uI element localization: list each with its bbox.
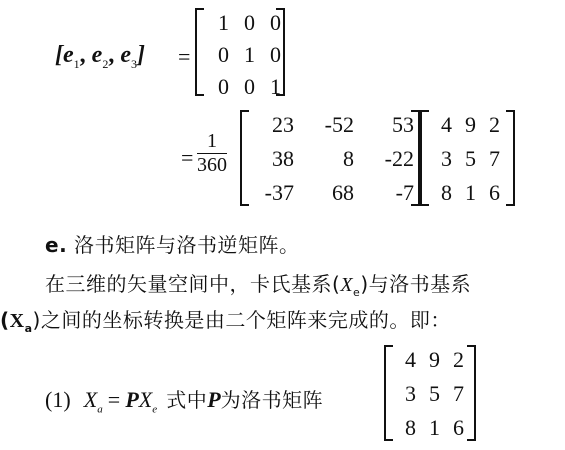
sub-e: e xyxy=(152,403,157,415)
text: 为洛书矩阵 xyxy=(221,388,324,412)
left-bracket-icon xyxy=(240,110,249,206)
matrix-cell: 7 xyxy=(444,381,464,407)
lo-shu-matrix: 492357816 xyxy=(420,110,515,206)
matrix-cell: 3 xyxy=(432,146,452,172)
matrix-cell: 0 xyxy=(207,42,229,68)
matrix-cell: 9 xyxy=(420,347,440,373)
basis-vector-list: [e1, e2, e3] xyxy=(55,42,145,72)
sub-a: a xyxy=(25,322,33,335)
matrix-cell: 1 xyxy=(456,180,476,206)
matrix-cell: 2 xyxy=(480,112,500,138)
matrix-cell: 38 xyxy=(250,146,294,172)
lo-shu-matrix-P-cells: 492357816 xyxy=(396,347,464,441)
section-heading: e. 洛书矩阵与洛书逆矩阵。 xyxy=(45,229,300,258)
equals-sign-2: = xyxy=(181,145,193,171)
matrix-cell: -7 xyxy=(358,180,414,206)
matrix-cell: -37 xyxy=(250,180,294,206)
inverse-matrix: 23-5253388-22-3768-7 xyxy=(240,110,420,206)
fraction-numerator: 1 xyxy=(197,130,227,154)
sub-a: a xyxy=(97,403,103,415)
identity-matrix: 100010001 xyxy=(195,8,285,96)
item-1-equation: (1) Xa = PXe 式中P为洛书矩阵 xyxy=(45,384,323,415)
matrix-cell: 1 xyxy=(233,42,255,68)
matrix-cell: 8 xyxy=(396,415,416,441)
matrix-cell: 1 xyxy=(259,74,281,100)
section-marker: e. xyxy=(45,233,67,257)
item-label: (1) xyxy=(45,387,71,412)
text: 在三维的矢量空间中，卡氏基系( xyxy=(45,272,340,296)
matrix-cell: 0 xyxy=(233,10,255,36)
e2: e xyxy=(92,42,103,68)
left-bracket-icon xyxy=(195,8,204,96)
matrix-cell: 7 xyxy=(480,146,500,172)
matrix-cell: 3 xyxy=(396,381,416,407)
inverse-matrix-cells: 23-5253388-22-3768-7 xyxy=(250,112,414,206)
text: )之间的坐标转换是由二个矩阵来完成的。即： xyxy=(33,308,451,332)
matrix-cell: 1 xyxy=(420,415,440,441)
matrix-cell: 8 xyxy=(432,180,452,206)
var-X: X xyxy=(340,274,353,296)
var-X: X xyxy=(139,387,152,412)
identity-matrix-cells: 100010001 xyxy=(207,10,281,100)
matrix-cell: 8 xyxy=(298,146,354,172)
matrix-cell: 0 xyxy=(259,10,281,36)
e1: e xyxy=(63,42,74,68)
equals-sign: = xyxy=(108,387,120,412)
matrix-cell: 68 xyxy=(298,180,354,206)
lo-shu-matrix-P: 492357816 xyxy=(384,345,476,441)
var-P: P xyxy=(207,387,220,412)
matrix-cell: 5 xyxy=(456,146,476,172)
var-P: P xyxy=(125,387,138,412)
right-bracket-icon xyxy=(506,110,515,206)
left-bracket-icon xyxy=(420,110,429,206)
paragraph-line-2: (Xa)之间的坐标转换是由二个矩阵来完成的。即： xyxy=(0,304,451,335)
matrix-cell: 0 xyxy=(259,42,281,68)
e3: e xyxy=(120,42,131,68)
matrix-cell: -52 xyxy=(298,112,354,138)
left-bracket-icon xyxy=(384,345,393,441)
matrix-cell: 2 xyxy=(444,347,464,373)
matrix-cell: -22 xyxy=(358,146,414,172)
matrix-cell: 6 xyxy=(480,180,500,206)
fraction-1-over-360: 1 360 xyxy=(197,130,227,177)
right-bracket-icon xyxy=(467,345,476,441)
text: 式中 xyxy=(166,388,207,412)
matrix-cell: 4 xyxy=(396,347,416,373)
text: )与洛书基系 xyxy=(360,272,471,296)
matrix-cell: 53 xyxy=(358,112,414,138)
bracket-open: [ xyxy=(55,42,63,68)
bracket-close: ] xyxy=(137,42,145,68)
matrix-cell: 4 xyxy=(432,112,452,138)
matrix-cell: 23 xyxy=(250,112,294,138)
var-X: X xyxy=(84,387,97,412)
var-X: X xyxy=(10,310,25,332)
equals-sign: = xyxy=(178,44,190,70)
matrix-cell: 0 xyxy=(207,74,229,100)
matrix-cell: 9 xyxy=(456,112,476,138)
fraction-denominator: 360 xyxy=(197,154,227,177)
paren: ( xyxy=(0,308,10,332)
section-heading-text: 洛书矩阵与洛书逆矩阵。 xyxy=(74,233,300,257)
matrix-cell: 0 xyxy=(233,74,255,100)
lo-shu-matrix-cells: 492357816 xyxy=(432,112,500,206)
paragraph-line-1: 在三维的矢量空间中，卡氏基系(Xe)与洛书基系 xyxy=(45,268,471,299)
matrix-cell: 1 xyxy=(207,10,229,36)
matrix-cell: 6 xyxy=(444,415,464,441)
matrix-cell: 5 xyxy=(420,381,440,407)
